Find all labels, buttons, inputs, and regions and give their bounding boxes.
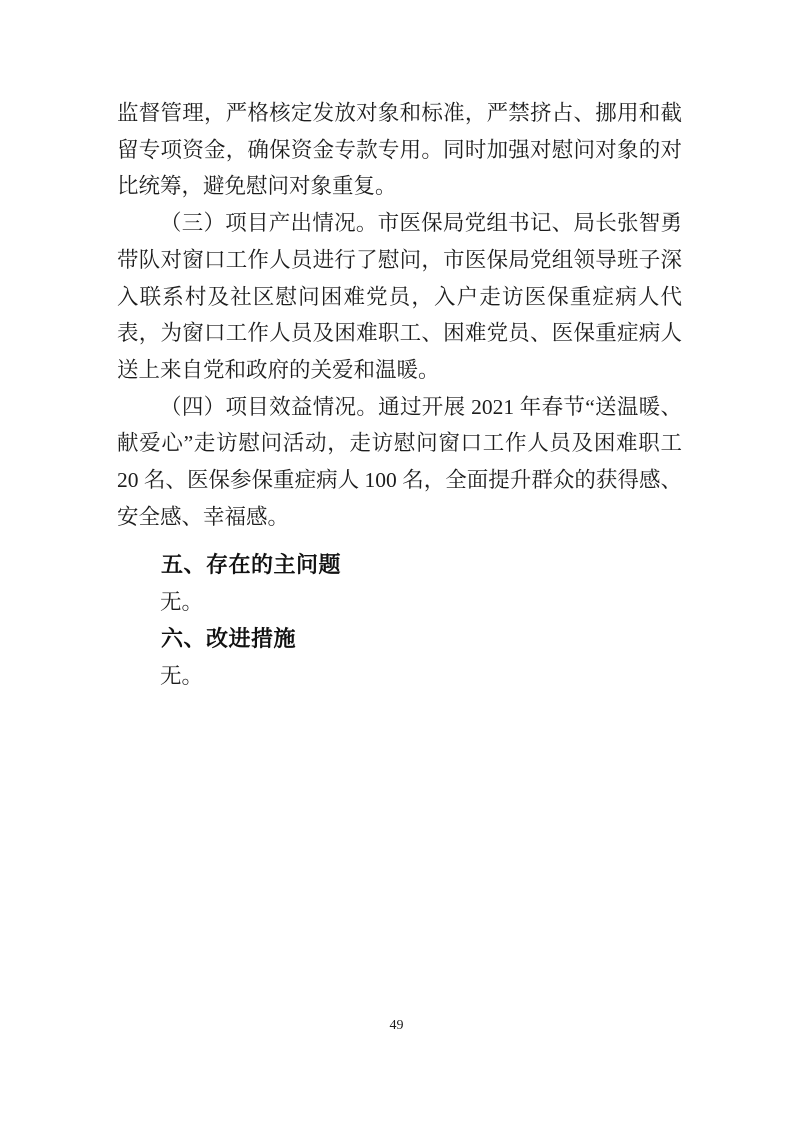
heading-section-6-improvement-measures: 六、改进措施 [117, 621, 682, 658]
paragraph-none-2: 无。 [117, 658, 682, 695]
heading-section-5-existing-problems: 五、存在的主问题 [117, 547, 682, 584]
paragraph-none-1: 无。 [117, 584, 682, 621]
paragraph-supervision-continuation: 监督管理，严格核定发放对象和标准，严禁挤占、挪用和截留专项资金，确保资金专款专用… [117, 95, 682, 205]
paragraph-section-4-project-benefit: （四）项目效益情况。通过开展 2021 年春节“送温暖、献爱心”走访慰问活动，走… [117, 389, 682, 536]
document-page: 监督管理，严格核定发放对象和标准，严禁挤占、挪用和截留专项资金，确保资金专款专用… [0, 0, 793, 1122]
document-body: 监督管理，严格核定发放对象和标准，严禁挤占、挪用和截留专项资金，确保资金专款专用… [117, 95, 682, 694]
paragraph-section-3-project-output: （三）项目产出情况。市医保局党组书记、局长张智勇带队对窗口工作人员进行了慰问，市… [117, 205, 682, 389]
page-number: 49 [0, 1018, 793, 1034]
